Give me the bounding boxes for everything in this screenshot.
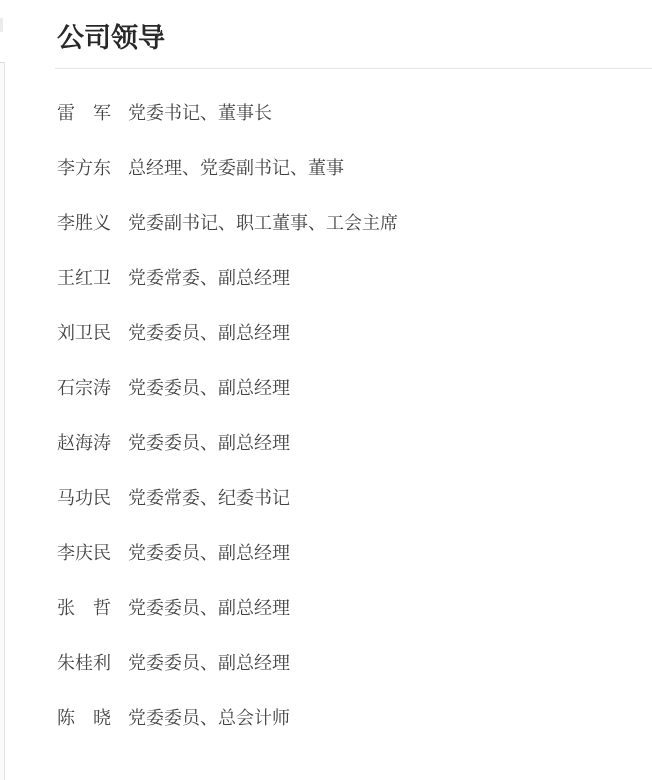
leader-name: 李方东 [57,159,111,177]
page-title: 公司领导 [55,0,652,69]
leader-name: 赵海涛 [57,434,111,452]
leader-row: 李方东 总经理、党委副书记、董事 [57,140,652,195]
leader-name: 刘卫民 [57,324,111,342]
leader-position: 党委常委、纪委书记 [128,489,290,507]
leader-row: 陈 晓 党委委员、总会计师 [57,690,652,745]
leader-row: 赵海涛 党委委员、副总经理 [57,415,652,470]
leader-name: 陈 晓 [57,709,111,727]
leader-name: 王红卫 [57,269,111,287]
leader-row: 雷 军 党委书记、董事长 [57,85,652,140]
content-area: 公司领导 雷 军 党委书记、董事长 李方东 总经理、党委副书记、董事 李胜义 党… [55,0,652,745]
leader-position: 党委委员、副总经理 [128,434,290,452]
leader-row: 李胜义 党委副书记、职工董事、工会主席 [57,195,652,250]
leader-position: 党委委员、总会计师 [128,709,290,727]
leader-name: 李胜义 [57,214,111,232]
leader-position: 党委委员、副总经理 [128,654,290,672]
leader-position: 党委委员、副总经理 [128,544,290,562]
leader-row: 朱桂利 党委委员、副总经理 [57,635,652,690]
leader-row: 王红卫 党委常委、副总经理 [57,250,652,305]
leader-row: 刘卫民 党委委员、副总经理 [57,305,652,360]
leader-position: 党委委员、副总经理 [128,599,290,617]
left-panel-edge [0,62,5,780]
leader-name: 朱桂利 [57,654,111,672]
leader-row: 石宗涛 党委委员、副总经理 [57,360,652,415]
leader-name: 石宗涛 [57,379,111,397]
leader-row: 马功民 党委常委、纪委书记 [57,470,652,525]
leader-position: 党委书记、董事长 [128,104,272,122]
cropped-fragment [0,18,3,32]
leader-position: 党委委员、副总经理 [128,379,290,397]
leader-name: 马功民 [57,489,111,507]
leader-name: 张 哲 [57,599,111,617]
leader-row: 李庆民 党委委员、副总经理 [57,525,652,580]
leader-position: 党委常委、副总经理 [128,269,290,287]
leader-position: 党委委员、副总经理 [128,324,290,342]
leader-row: 张 哲 党委委员、副总经理 [57,580,652,635]
leader-position: 总经理、党委副书记、董事 [128,159,344,177]
leader-position: 党委副书记、职工董事、工会主席 [128,214,398,232]
leader-name: 李庆民 [57,544,111,562]
leader-name: 雷 军 [57,104,111,122]
leadership-list: 雷 军 党委书记、董事长 李方东 总经理、党委副书记、董事 李胜义 党委副书记、… [55,85,652,745]
